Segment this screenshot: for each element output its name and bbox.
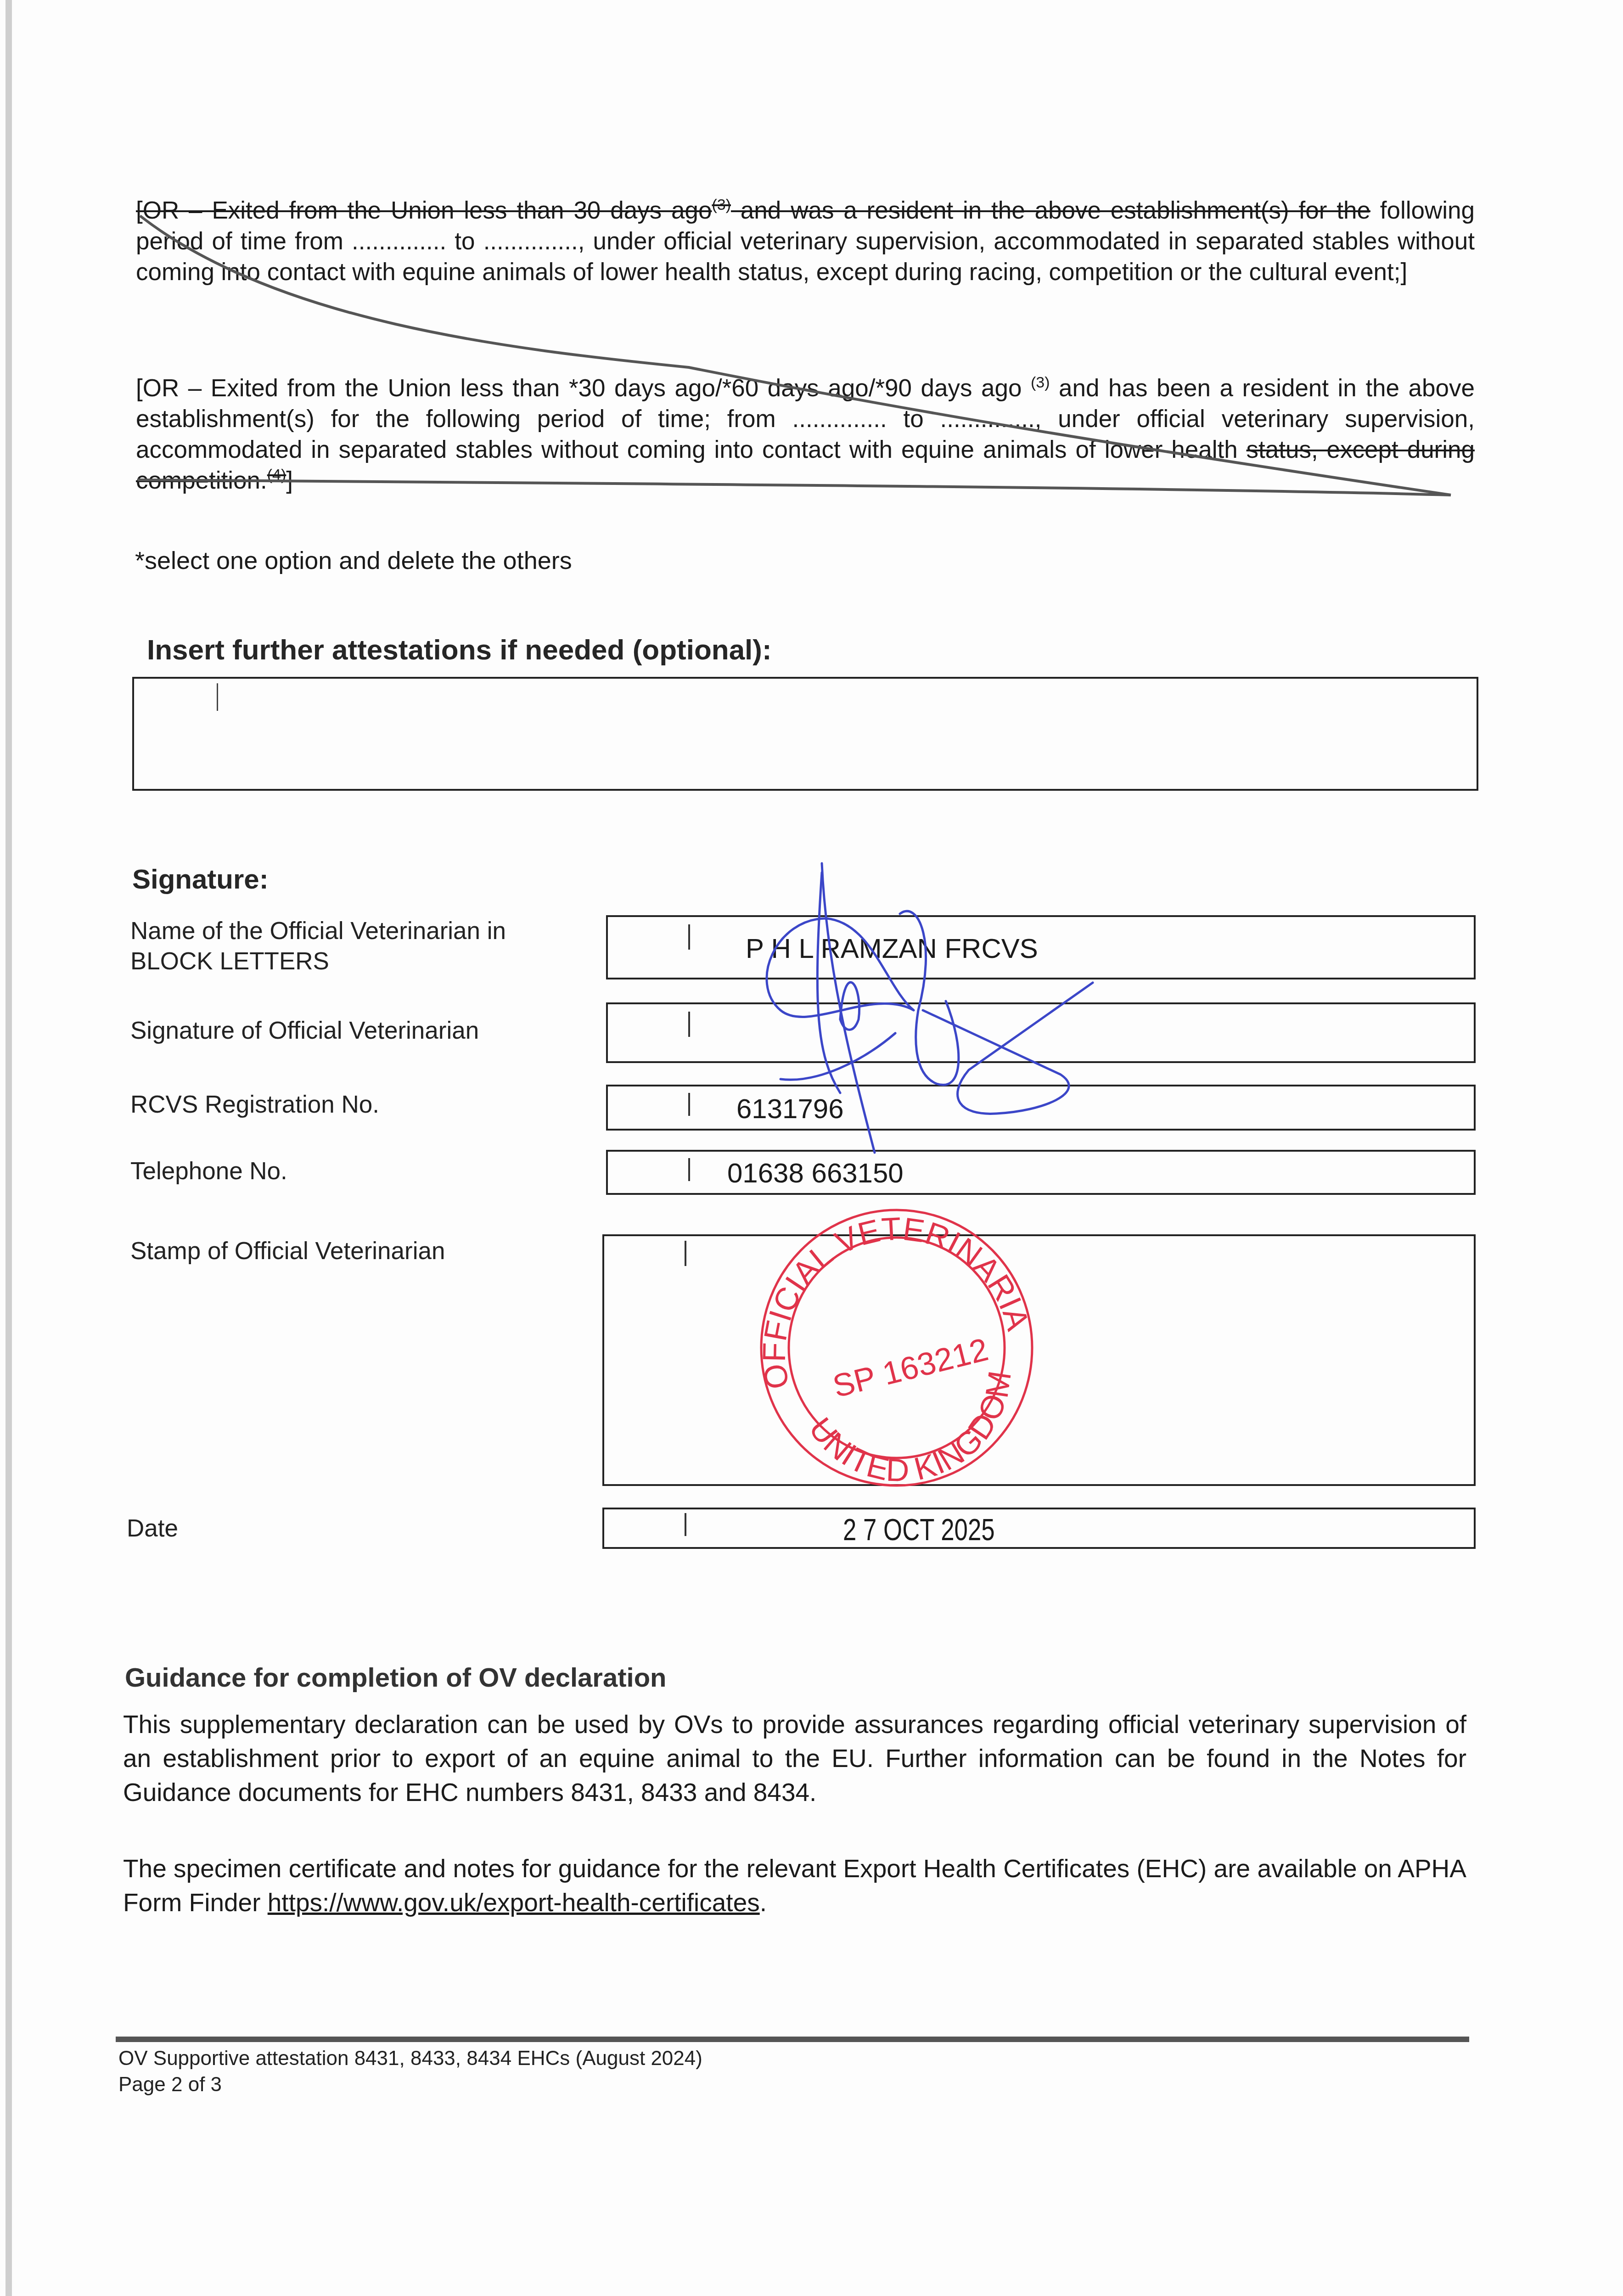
ink-overlay: OFFICIAL VETERINARIAN UNITED KINGDOM SP … [0, 0, 1623, 2296]
name-label: Name of the Official Veterinarian in BLO… [130, 916, 544, 977]
signature-field[interactable] [606, 1002, 1476, 1063]
rcvs-label: RCVS Registration No. [130, 1090, 379, 1120]
stamp-field[interactable] [602, 1234, 1476, 1486]
date-label: Date [127, 1514, 178, 1544]
telephone-label: Telephone No. [130, 1156, 287, 1187]
text-cursor [217, 683, 218, 711]
further-attestations-field[interactable] [132, 677, 1478, 791]
form-finder-link[interactable]: https://www.gov.uk/export-health-certifi… [268, 1888, 760, 1917]
select-option-note: *select one option and delete the others [135, 546, 572, 575]
name-value: P H L RAMZAN FRCVS [746, 933, 1038, 964]
date-field[interactable]: 2 7 OCT 2025 [602, 1508, 1476, 1549]
telephone-field[interactable]: 01638 663150 [606, 1150, 1476, 1195]
guidance-paragraph-1: This supplementary declaration can be us… [123, 1707, 1466, 1809]
telephone-value: 01638 663150 [727, 1157, 904, 1189]
attestation-option-a: [OR – Exited from the Union less than 30… [136, 195, 1475, 287]
name-field[interactable]: P H L RAMZAN FRCVS [606, 915, 1476, 979]
further-attestations-heading: Insert further attestations if needed (o… [147, 634, 772, 666]
rcvs-value: 6131796 [736, 1093, 844, 1125]
signature-label: Signature of Official Veterinarian [130, 1016, 479, 1046]
guidance-heading: Guidance for completion of OV declaratio… [125, 1662, 666, 1693]
stamp-label: Stamp of Official Veterinarian [130, 1236, 445, 1266]
signature-heading: Signature: [132, 863, 269, 895]
footer-rule [116, 2037, 1469, 2042]
attestation-option-b: [OR – Exited from the Union less than *3… [136, 373, 1475, 496]
guidance-paragraph-2: The specimen certificate and notes for g… [123, 1851, 1466, 1919]
page-indicator: Page 2 of 3 [118, 2073, 222, 2096]
date-value: 2 7 OCT 2025 [843, 1512, 995, 1547]
rcvs-field[interactable]: 6131796 [606, 1085, 1476, 1131]
footer-title: OV Supportive attestation 8431, 8433, 84… [118, 2047, 702, 2070]
scan-edge [6, 0, 12, 2296]
